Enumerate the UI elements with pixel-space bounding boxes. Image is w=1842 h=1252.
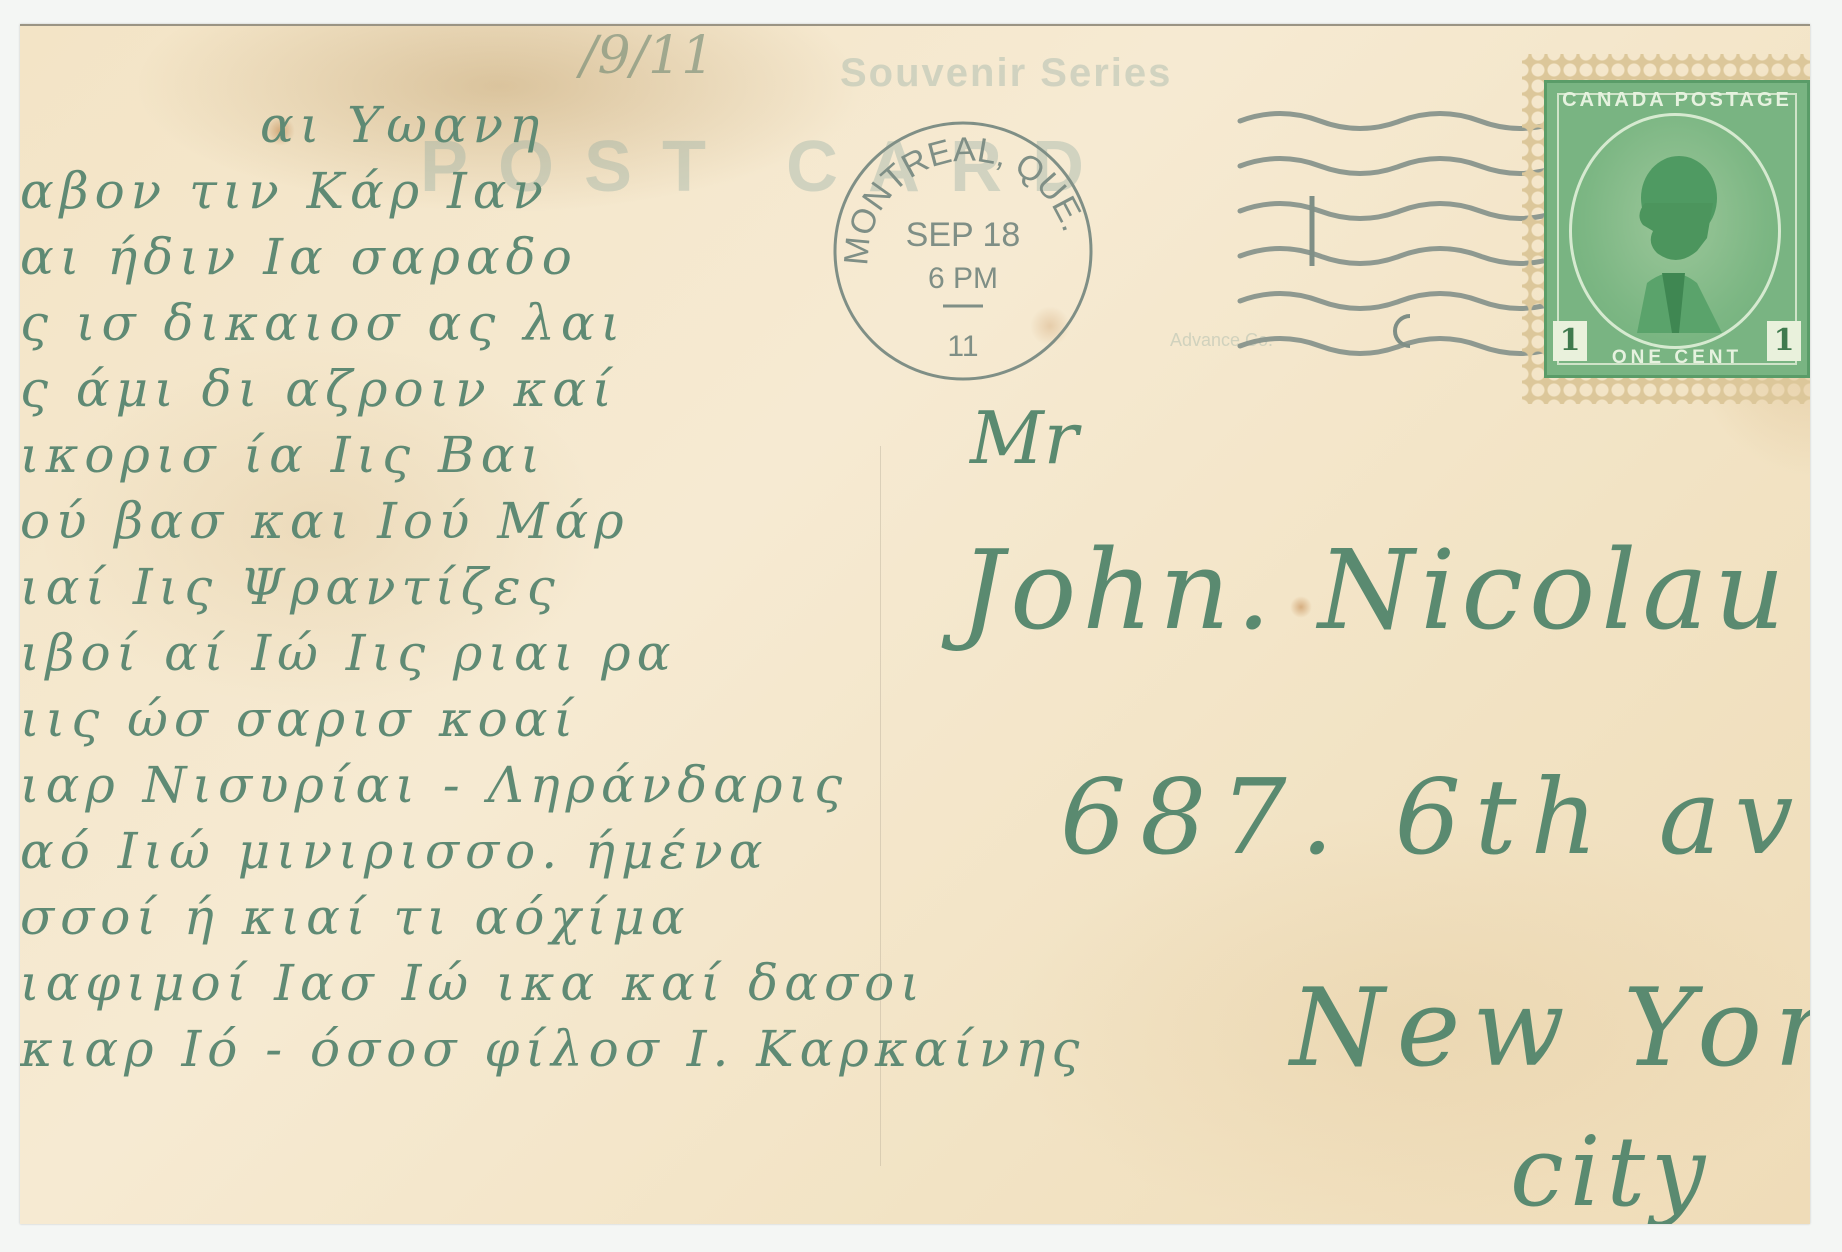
message-line: αι ήδιν Ια σαραδο — [20, 228, 578, 286]
message-line: ς ισ δικαιοσ ας λαι — [20, 294, 626, 352]
postage-stamp: CANADA POSTAGE ONE CENT 1 1 — [1522, 54, 1810, 404]
address-prefix: Mr — [970, 396, 1078, 480]
stamp-face: CANADA POSTAGE ONE CENT 1 1 — [1544, 80, 1810, 378]
postmark-year: 11 — [947, 330, 978, 363]
cancel-lines-icon — [1230, 86, 1570, 386]
date-note: /9/11 — [580, 26, 714, 86]
message-line: αβον τιν Κάρ Ιαν — [20, 162, 549, 220]
message-line: ς άμι δι αζροιν καί — [20, 360, 618, 418]
stamp-value-right: 1 — [1767, 321, 1801, 361]
message-line: ιαρ Νισυρίαι - Ληράνδαρις — [20, 756, 848, 814]
postmark-circle-icon: MONTREAL, QUE. SEP 18 6 PM 11 — [828, 116, 1098, 386]
stamp-value-left: 1 — [1553, 321, 1587, 361]
message-line: ιβοί αί Ιώ Iις ριαι ρα — [20, 624, 676, 682]
message-line: ού βασ και Ιού Μάρ — [20, 492, 630, 550]
king-portrait-icon — [1617, 143, 1727, 333]
postcard: Souvenir Series POST CARD Advance Co. /9… — [20, 24, 1810, 1224]
address-city: New York — [1290, 966, 1810, 1091]
stamp-country: CANADA POSTAGE — [1547, 89, 1807, 112]
postmark-date: SEP 18 — [906, 216, 1021, 254]
message-line: σσοί ή κιαί τι αόχίμα — [20, 888, 691, 946]
address-name: John. Nicolau — [960, 526, 1791, 654]
message-line: ιαί Iις Ψραντίζες — [20, 558, 561, 616]
address-city-line2: city — [1510, 1116, 1711, 1224]
message-line: κιαρ Ιό - όσοσ φίλοσ Ι. Καρκαίνης — [20, 1020, 1085, 1078]
message-line: ικορισ ία Iις Βαι — [20, 426, 546, 484]
message-line: αι Υωανη — [260, 96, 545, 154]
postmark-time: 6 PM — [928, 262, 998, 295]
address-street: 687. 6th av — [1060, 756, 1807, 878]
message-line: ιαφιμοί Ιασ Ιώ ικα καί δασοι — [20, 954, 926, 1012]
message-line: αό Ιιώ μινιρισσο. ήμένα — [20, 822, 768, 880]
message-line: ιις ώσ σαρισ κοαί — [20, 690, 579, 748]
wavy-cancellation — [1230, 86, 1570, 386]
preprint-series: Souvenir Series — [840, 51, 1172, 96]
postmark: MONTREAL, QUE. SEP 18 6 PM 11 — [828, 116, 1098, 386]
